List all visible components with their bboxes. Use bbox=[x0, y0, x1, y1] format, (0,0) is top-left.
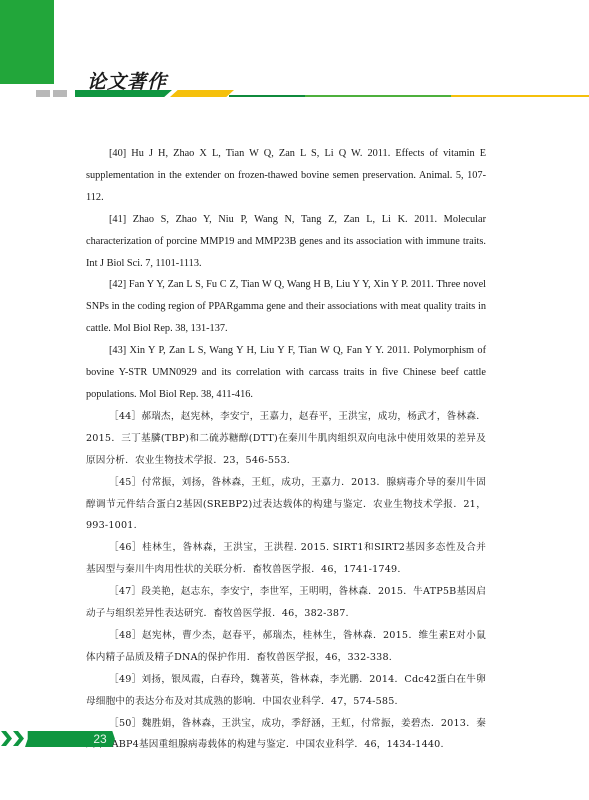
reference-item: [40] Hu J H, Zhao X L, Tian W Q, Zan L S… bbox=[86, 143, 486, 209]
reference-item: ［48］赵宪林，曹少杰，赵春平，郝瑞杰，桂林生，昝林森．2015．维生素E对小鼠… bbox=[86, 625, 486, 669]
reference-item: [43] Xin Y P, Zan L S, Wang Y H, Liu Y F… bbox=[86, 340, 486, 406]
chevron-right-icon bbox=[1, 731, 13, 746]
reference-item: ［44］郝瑞杰，赵宪林，李安宁，王嘉力，赵春平，王洪宝，成功，杨武才，昝林森．2… bbox=[86, 406, 486, 472]
reference-item: ［50］魏胜娟，昝林森，王洪宝，成功，季舒涵，王虹，付常振，姜碧杰．2013．秦… bbox=[86, 713, 486, 757]
page-number: 23 bbox=[88, 731, 112, 747]
reference-item: ［49］刘扬，银凤霞，白春玲，魏著英，昝林森，李光鹏．2014．Cdc42蛋白在… bbox=[86, 669, 486, 713]
reference-item: ［46］桂林生，昝林森，王洪宝，王洪程. 2015. SIRT1和SIRT2基因… bbox=[86, 537, 486, 581]
reference-list: [40] Hu J H, Zhao X L, Tian W Q, Zan L S… bbox=[86, 143, 486, 756]
reference-item: [41] Zhao S, Zhao Y, Niu P, Wang N, Tang… bbox=[86, 209, 486, 275]
header-yellow-bar bbox=[170, 90, 234, 97]
chevron-right-icon bbox=[13, 731, 25, 746]
reference-item: ［45］付常振，刘扬，昝林森，王虹，成功，王嘉力．2013．腺病毒介导的秦川牛固… bbox=[86, 472, 486, 538]
section-title: 论文著作 bbox=[87, 67, 167, 94]
header-gray-square bbox=[36, 90, 50, 97]
header-gray-square bbox=[53, 90, 67, 97]
reference-item: [42] Fan Y Y, Zan L S, Fu C Z, Tian W Q,… bbox=[86, 274, 486, 340]
header-rule-yellow bbox=[451, 95, 589, 97]
header-rule-dark-green bbox=[229, 95, 305, 97]
header-rule-light-green bbox=[305, 95, 451, 97]
header-green-block bbox=[0, 0, 54, 84]
header-green-bar bbox=[75, 90, 172, 97]
reference-item: ［47］段美艳，赵志东，李安宁，李世军，王明明，昝林森．2015．牛ATP5B基… bbox=[86, 581, 486, 625]
